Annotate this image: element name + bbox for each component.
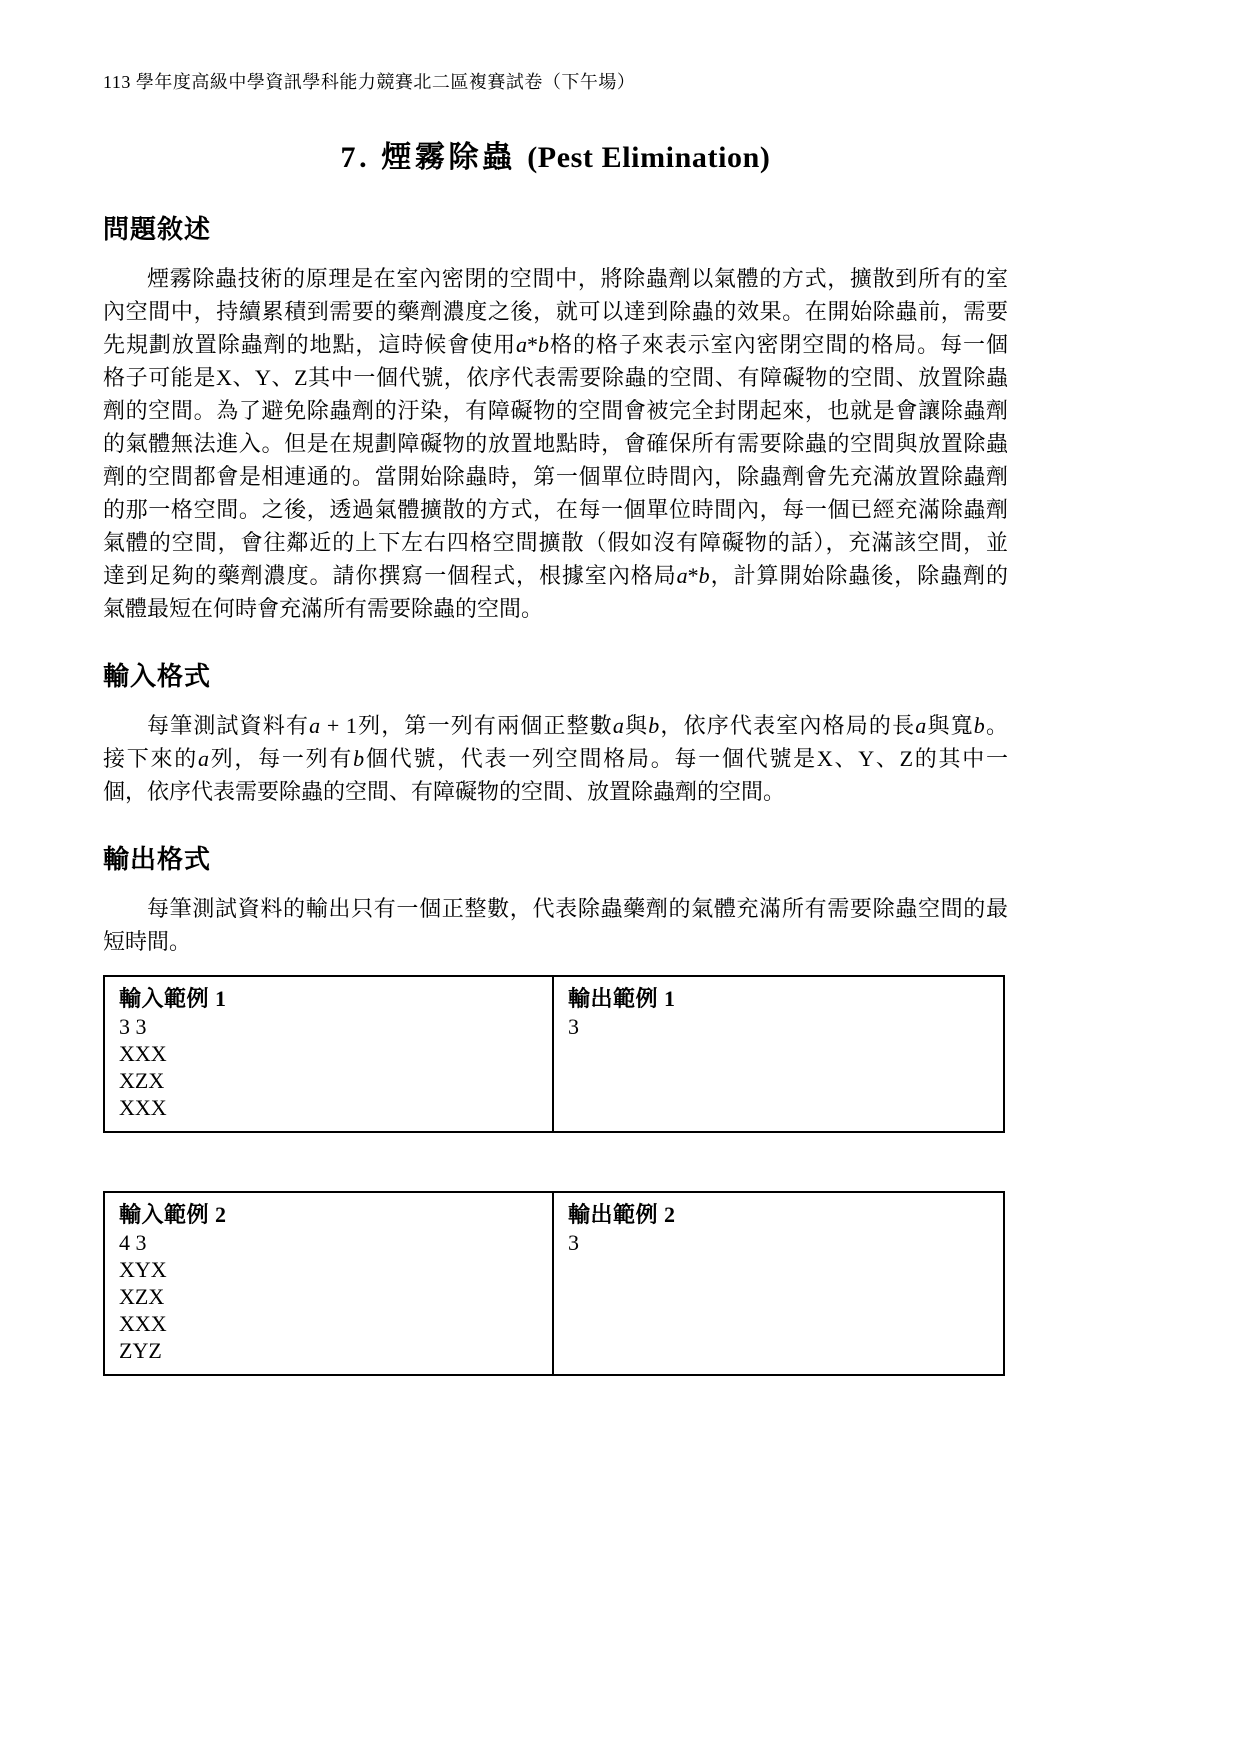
example-2-output-cell: 輸出範例 2 3 <box>554 1193 1003 1374</box>
text-line: 氣體的空間，會往鄰近的上下左右四格空間擴散（假如沒有障礙物的話），充滿該空間，並 <box>103 526 1008 559</box>
example-1-output-label: 輸出範例 1 <box>568 985 989 1013</box>
text-line: 內空間中，持續累積到需要的藥劑濃度之後，就可以達到除蟲的效果。在開始除蟲前，需要 <box>103 295 1008 328</box>
example-1-output-cell: 輸出範例 1 3 <box>554 977 1003 1131</box>
page-title-en: (Pest Elimination) <box>527 141 770 174</box>
section-heading-problem: 問題敘述 <box>103 212 1008 248</box>
example-1-input-lines: 3 3XXXXZXXXX <box>119 1013 538 1121</box>
text-line: 煙霧除蟲技術的原理是在室內密閉的空間中，將除蟲劑以氣體的方式，擴散到所有的室 <box>103 262 1008 295</box>
text-line: 的那一格空間。之後，透過氣體擴散的方式，在每一個單位時間內，每一個已經充滿除蟲劑 <box>103 493 1008 526</box>
text-line: XYX <box>119 1256 538 1283</box>
text-line: 3 3 <box>119 1013 538 1040</box>
text-line: 3 <box>568 1013 989 1040</box>
text-line: 劑的空間。為了避免除蟲劑的汙染，有障礙物的空間會被完全封閉起來，也就是會讓除蟲劑 <box>103 394 1008 427</box>
example-2-input-cell: 輸入範例 2 4 3XYXXZXXXXZYZ <box>105 1193 554 1374</box>
text-line: 3 <box>568 1229 989 1256</box>
document-header: 113 學年度高級中學資訊學科能力競賽北二區複賽試卷（下午場） <box>103 70 1008 94</box>
problem-statement-paragraph: 煙霧除蟲技術的原理是在室內密閉的空間中，將除蟲劑以氣體的方式，擴散到所有的室內空… <box>103 262 1008 625</box>
example-2-output-lines: 3 <box>568 1229 989 1256</box>
example-table-1: 輸入範例 1 3 3XXXXZXXXX 輸出範例 1 3 <box>103 975 1005 1133</box>
text-line: 接下來的a列，每一列有b個代號，代表一列空間格局。每一個代號是X、Y、Z的其中一 <box>103 742 1008 775</box>
text-line: 每筆測試資料有a + 1列，第一列有兩個正整數a與b，依序代表室內格局的長a與寬… <box>103 709 1008 742</box>
text-line: 劑的空間都會是相連通的。當開始除蟲時，第一個單位時間內，除蟲劑會先充滿放置除蟲劑 <box>103 460 1008 493</box>
example-1-input-label: 輸入範例 1 <box>119 985 538 1013</box>
page-title: 7. 煙霧除蟲 (Pest Elimination) <box>103 138 1008 178</box>
output-format-paragraph: 每筆測試資料的輸出只有一個正整數，代表除蟲藥劑的氣體充滿所有需要除蟲空間的最短時… <box>103 892 1008 958</box>
text-line: XZX <box>119 1067 538 1094</box>
text-line: 達到足夠的藥劑濃度。請你撰寫一個程式，根據室內格局a*b，計算開始除蟲後，除蟲劑… <box>103 559 1008 592</box>
text-line: XXX <box>119 1310 538 1337</box>
text-line: XXX <box>119 1040 538 1067</box>
example-table-2: 輸入範例 2 4 3XYXXZXXXXZYZ 輸出範例 2 3 <box>103 1191 1005 1376</box>
text-line: 短時間。 <box>103 925 1008 958</box>
text-line: ZYZ <box>119 1337 538 1364</box>
page-title-zh: 7. 煙霧除蟲 <box>341 141 516 174</box>
input-format-paragraph: 每筆測試資料有a + 1列，第一列有兩個正整數a與b，依序代表室內格局的長a與寬… <box>103 709 1008 808</box>
text-line: XXX <box>119 1094 538 1121</box>
text-line: 格子可能是X、Y、Z其中一個代號，依序代表需要除蟲的空間、有障礙物的空間、放置除… <box>103 361 1008 394</box>
example-2-output-label: 輸出範例 2 <box>568 1201 989 1229</box>
text-line: 個，依序代表需要除蟲的空間、有障礙物的空間、放置除蟲劑的空間。 <box>103 775 1008 808</box>
example-1-input-cell: 輸入範例 1 3 3XXXXZXXXX <box>105 977 554 1131</box>
section-heading-output-format: 輸出格式 <box>103 842 1008 878</box>
example-1-output-lines: 3 <box>568 1013 989 1040</box>
text-line: 4 3 <box>119 1229 538 1256</box>
example-2-input-lines: 4 3XYXXZXXXXZYZ <box>119 1229 538 1364</box>
text-line: 氣體最短在何時會充滿所有需要除蟲的空間。 <box>103 592 1008 625</box>
example-2-input-label: 輸入範例 2 <box>119 1201 538 1229</box>
text-line: 先規劃放置除蟲劑的地點，這時候會使用a*b格的格子來表示室內密閉空間的格局。每一… <box>103 328 1008 361</box>
text-line: 的氣體無法進入。但是在規劃障礙物的放置地點時，會確保所有需要除蟲的空間與放置除蟲 <box>103 427 1008 460</box>
document-page: 113 學年度高級中學資訊學科能力競賽北二區複賽試卷（下午場） 7. 煙霧除蟲 … <box>0 0 1241 1755</box>
text-line: XZX <box>119 1283 538 1310</box>
text-line: 每筆測試資料的輸出只有一個正整數，代表除蟲藥劑的氣體充滿所有需要除蟲空間的最 <box>103 892 1008 925</box>
section-heading-input-format: 輸入格式 <box>103 659 1008 695</box>
